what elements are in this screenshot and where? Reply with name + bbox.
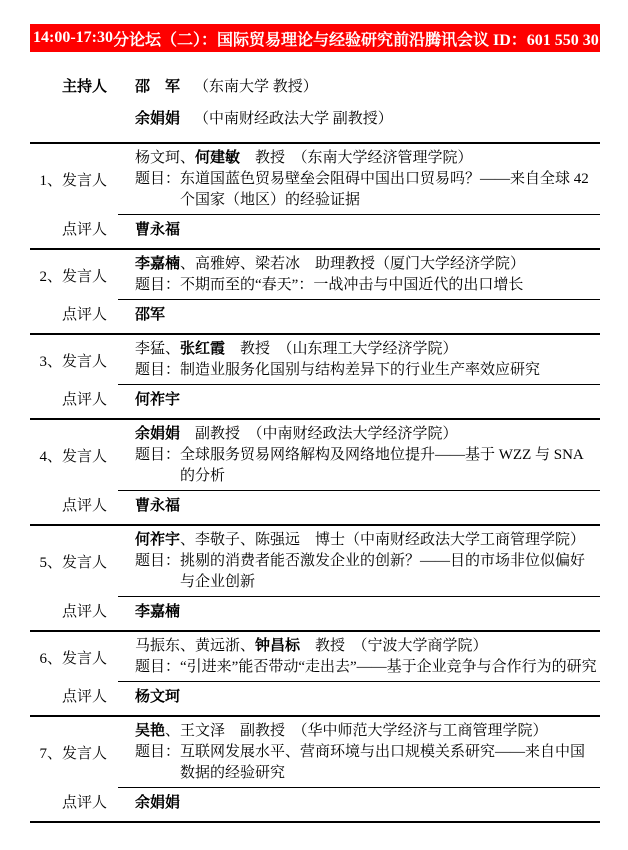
topic-label: 题目： <box>135 171 180 187</box>
sessions-list: 1、发言人杨文珂、何建敏 教授 （东南大学经济管理学院）题目：东道国蓝色贸易壁垒… <box>30 144 600 823</box>
speaker-content: 马振东、黄远浙、钟昌标 教授 （宁波大学商学院）题目：“引进来”能否带动“走出去… <box>135 636 600 678</box>
speaker-line: 余娟娟 副教授 （中南财经政法大学经济学院） <box>135 424 600 445</box>
topic-text: 东道国蓝色贸易壁垒会阻碍中国出口贸易吗？——来自全球 42 个国家（地区）的经验… <box>180 171 589 208</box>
speaker-content: 李猛、张红霞 教授 （山东理工大学经济学院）题目：制造业服务化国别与结构差异下的… <box>135 339 600 381</box>
speaker-content: 李嘉楠、高雅婷、梁若冰 助理教授（厦门大学经济学院）题目：不期而至的“春天”：一… <box>135 254 600 296</box>
session-number: 4、 <box>39 449 62 465</box>
reviewer-name: 曹永福 <box>135 496 600 517</box>
topic-text: 挑剔的消费者能否激发企业的创新？——目的市场非位似偏好与企业创新 <box>180 553 585 590</box>
speaker-line: 杨文珂、何建敏 教授 （东南大学经济管理学院） <box>135 148 600 169</box>
session-label: 3、发言人 <box>30 350 135 371</box>
reviewer-name: 杨文珂 <box>135 687 600 708</box>
session-label: 5、发言人 <box>30 551 135 572</box>
reviewer-label: 点评人 <box>30 793 135 814</box>
meeting-id: 腾讯会议 ID：601 550 301 <box>425 27 607 50</box>
host-row: 主持人邵 军（东南大学 教授） <box>30 76 600 98</box>
reviewer-name: 李嘉楠 <box>135 602 600 623</box>
session-block: 2、发言人李嘉楠、高雅婷、梁若冰 助理教授（厦门大学经济学院）题目：不期而至的“… <box>30 250 600 335</box>
speaker-row: 7、发言人吴艳、王文泽 副教授 （华中师范大学经济与工商管理学院）题目：互联网发… <box>30 721 600 784</box>
reviewer-label: 点评人 <box>30 496 135 517</box>
speaker-line: 李嘉楠、高雅婷、梁若冰 助理教授（厦门大学经济学院） <box>135 254 600 275</box>
reviewer-label: 点评人 <box>30 220 135 241</box>
host-label-text: 主持人 <box>62 79 107 95</box>
topic-line: 题目：不期而至的“春天”：一战冲击与中国近代的出口增长 <box>135 275 600 296</box>
session-label: 6、发言人 <box>30 647 135 668</box>
session-time: 14:00-17:30 <box>33 29 113 47</box>
session-block: 3、发言人李猛、张红霞 教授 （山东理工大学经济学院）题目：制造业服务化国别与结… <box>30 335 600 420</box>
host-name: 余娟娟 <box>135 111 180 127</box>
session-number: 3、 <box>39 354 62 370</box>
reviewer-row: 点评人何祚宇 <box>30 385 600 418</box>
host-affiliation: （中南财经政法大学 副教授） <box>194 111 393 127</box>
speaker-name: 吴艳 <box>135 723 165 739</box>
host-row: 余娟娟（中南财经政法大学 副教授） <box>30 108 600 130</box>
reviewer-label: 点评人 <box>30 602 135 623</box>
topic-line: 题目：东道国蓝色贸易壁垒会阻碍中国出口贸易吗？——来自全球 42 个国家（地区）… <box>135 169 600 211</box>
speaker-row: 6、发言人马振东、黄远浙、钟昌标 教授 （宁波大学商学院）题目：“引进来”能否带… <box>30 636 600 678</box>
speaker-row: 3、发言人李猛、张红霞 教授 （山东理工大学经济学院）题目：制造业服务化国别与结… <box>30 339 600 381</box>
speaker-label-text: 发言人 <box>62 269 107 285</box>
session-header-bar: 14:00-17:30 分论坛（二）：国际贸易理论与经验研究前沿 腾讯会议 ID… <box>30 24 600 52</box>
session-title: 分论坛（二）：国际贸易理论与经验研究前沿 <box>113 27 425 50</box>
speaker-name: 何建敏 <box>195 150 240 166</box>
speaker-label-text: 发言人 <box>62 173 107 189</box>
speaker-label-text: 发言人 <box>62 555 107 571</box>
host-affiliation: （东南大学 教授） <box>194 79 318 95</box>
reviewer-label: 点评人 <box>30 687 135 708</box>
speaker-name: 教授 （东南大学经济管理学院） <box>240 150 473 166</box>
speaker-line: 李猛、张红霞 教授 （山东理工大学经济学院） <box>135 339 600 360</box>
speaker-name: 、王文泽 副教授 （华中师范大学经济与工商管理学院） <box>165 723 548 739</box>
host-content: 邵 军（东南大学 教授） <box>135 76 600 98</box>
speaker-row: 2、发言人李嘉楠、高雅婷、梁若冰 助理教授（厦门大学经济学院）题目：不期而至的“… <box>30 254 600 296</box>
reviewer-label: 点评人 <box>30 305 135 326</box>
reviewer-label: 点评人 <box>30 390 135 411</box>
speaker-name: 教授 （宁波大学商学院） <box>300 638 488 654</box>
topic-label: 题目： <box>135 277 180 293</box>
speaker-content: 余娟娟 副教授 （中南财经政法大学经济学院）题目：全球服务贸易网络解构及网络地位… <box>135 424 600 487</box>
reviewer-row: 点评人邵军 <box>30 300 600 333</box>
speaker-name: 、李敬子、陈强远 博士（中南财经政法大学工商管理学院） <box>180 532 585 548</box>
host-content: 余娟娟（中南财经政法大学 副教授） <box>135 108 600 130</box>
host-name: 邵 军 <box>135 79 180 95</box>
topic-text: 互联网发展水平、营商环境与出口规模关系研究——来自中国数据的经验研究 <box>180 744 585 781</box>
host-section: 主持人邵 军（东南大学 教授）余娟娟（中南财经政法大学 副教授） <box>30 70 600 144</box>
speaker-content: 何祚宇、李敬子、陈强远 博士（中南财经政法大学工商管理学院）题目：挑剔的消费者能… <box>135 530 600 593</box>
speaker-name: 钟昌标 <box>255 638 300 654</box>
session-label: 1、发言人 <box>30 169 135 190</box>
reviewer-name: 曹永福 <box>135 220 600 241</box>
session-label: 2、发言人 <box>30 265 135 286</box>
session-block: 4、发言人余娟娟 副教授 （中南财经政法大学经济学院）题目：全球服务贸易网络解构… <box>30 420 600 526</box>
topic-line: 题目：“引进来”能否带动“走出去”——基于企业竞争与合作行为的研究 <box>135 657 600 678</box>
speaker-name: 李猛、 <box>135 341 180 357</box>
reviewer-row: 点评人曹永福 <box>30 491 600 524</box>
topic-label: 题目： <box>135 447 180 463</box>
session-label: 4、发言人 <box>30 445 135 466</box>
speaker-content: 吴艳、王文泽 副教授 （华中师范大学经济与工商管理学院）题目：互联网发展水平、营… <box>135 721 600 784</box>
topic-text: 制造业服务化国别与结构差异下的行业生产率效应研究 <box>180 362 540 378</box>
speaker-row: 1、发言人杨文珂、何建敏 教授 （东南大学经济管理学院）题目：东道国蓝色贸易壁垒… <box>30 148 600 211</box>
speaker-label-text: 发言人 <box>62 354 107 370</box>
program-table: 主持人邵 军（东南大学 教授）余娟娟（中南财经政法大学 副教授） 1、发言人杨文… <box>30 70 600 823</box>
session-number: 6、 <box>39 651 62 667</box>
session-number: 7、 <box>39 746 62 762</box>
session-block: 5、发言人何祚宇、李敬子、陈强远 博士（中南财经政法大学工商管理学院）题目：挑剔… <box>30 526 600 632</box>
speaker-label-text: 发言人 <box>62 651 107 667</box>
host-label: 主持人 <box>30 76 135 98</box>
host-label <box>30 108 135 130</box>
topic-label: 题目： <box>135 659 180 675</box>
session-block: 6、发言人马振东、黄远浙、钟昌标 教授 （宁波大学商学院）题目：“引进来”能否带… <box>30 632 600 717</box>
reviewer-row: 点评人余娟娟 <box>30 788 600 821</box>
session-number: 2、 <box>39 269 62 285</box>
session-label: 7、发言人 <box>30 742 135 763</box>
topic-line: 题目：互联网发展水平、营商环境与出口规模关系研究——来自中国数据的经验研究 <box>135 742 600 784</box>
speaker-name: 张红霞 <box>180 341 225 357</box>
reviewer-row: 点评人曹永福 <box>30 215 600 248</box>
session-block: 1、发言人杨文珂、何建敏 教授 （东南大学经济管理学院）题目：东道国蓝色贸易壁垒… <box>30 144 600 250</box>
speaker-name: 马振东、黄远浙、 <box>135 638 255 654</box>
reviewer-name: 余娟娟 <box>135 793 600 814</box>
speaker-name: 李嘉楠 <box>135 256 180 272</box>
session-number: 5、 <box>39 555 62 571</box>
speaker-line: 何祚宇、李敬子、陈强远 博士（中南财经政法大学工商管理学院） <box>135 530 600 551</box>
topic-text: “引进来”能否带动“走出去”——基于企业竞争与合作行为的研究 <box>180 659 597 675</box>
speaker-row: 5、发言人何祚宇、李敬子、陈强远 博士（中南财经政法大学工商管理学院）题目：挑剔… <box>30 530 600 593</box>
topic-label: 题目： <box>135 553 180 569</box>
topic-line: 题目：制造业服务化国别与结构差异下的行业生产率效应研究 <box>135 360 600 381</box>
speaker-name: 副教授 （中南财经政法大学经济学院） <box>180 426 458 442</box>
speaker-name: 杨文珂、 <box>135 150 195 166</box>
program-sheet: 14:00-17:30 分论坛（二）：国际贸易理论与经验研究前沿 腾讯会议 ID… <box>30 24 600 823</box>
topic-text: 全球服务贸易网络解构及网络地位提升——基于 WZZ 与 SNA 的分析 <box>180 447 583 484</box>
topic-label: 题目： <box>135 744 180 760</box>
topic-line: 题目：挑剔的消费者能否激发企业的创新？——目的市场非位似偏好与企业创新 <box>135 551 600 593</box>
reviewer-name: 邵军 <box>135 305 600 326</box>
speaker-name: 何祚宇 <box>135 532 180 548</box>
speaker-label-text: 发言人 <box>62 746 107 762</box>
reviewer-name: 何祚宇 <box>135 390 600 411</box>
topic-line: 题目：全球服务贸易网络解构及网络地位提升——基于 WZZ 与 SNA 的分析 <box>135 445 600 487</box>
conference-program-page: { "header": { "time": "14:00-17:30", "ti… <box>0 0 628 850</box>
speaker-name: 余娟娟 <box>135 426 180 442</box>
speaker-row: 4、发言人余娟娟 副教授 （中南财经政法大学经济学院）题目：全球服务贸易网络解构… <box>30 424 600 487</box>
speaker-content: 杨文珂、何建敏 教授 （东南大学经济管理学院）题目：东道国蓝色贸易壁垒会阻碍中国… <box>135 148 600 211</box>
topic-label: 题目： <box>135 362 180 378</box>
reviewer-row: 点评人李嘉楠 <box>30 597 600 630</box>
speaker-name: 、高雅婷、梁若冰 助理教授（厦门大学经济学院） <box>180 256 525 272</box>
topic-text: 不期而至的“春天”：一战冲击与中国近代的出口增长 <box>180 277 523 293</box>
speaker-label-text: 发言人 <box>62 449 107 465</box>
speaker-name: 教授 （山东理工大学经济学院） <box>225 341 458 357</box>
speaker-line: 马振东、黄远浙、钟昌标 教授 （宁波大学商学院） <box>135 636 600 657</box>
reviewer-row: 点评人杨文珂 <box>30 682 600 715</box>
session-number: 1、 <box>39 173 62 189</box>
speaker-line: 吴艳、王文泽 副教授 （华中师范大学经济与工商管理学院） <box>135 721 600 742</box>
session-block: 7、发言人吴艳、王文泽 副教授 （华中师范大学经济与工商管理学院）题目：互联网发… <box>30 717 600 823</box>
